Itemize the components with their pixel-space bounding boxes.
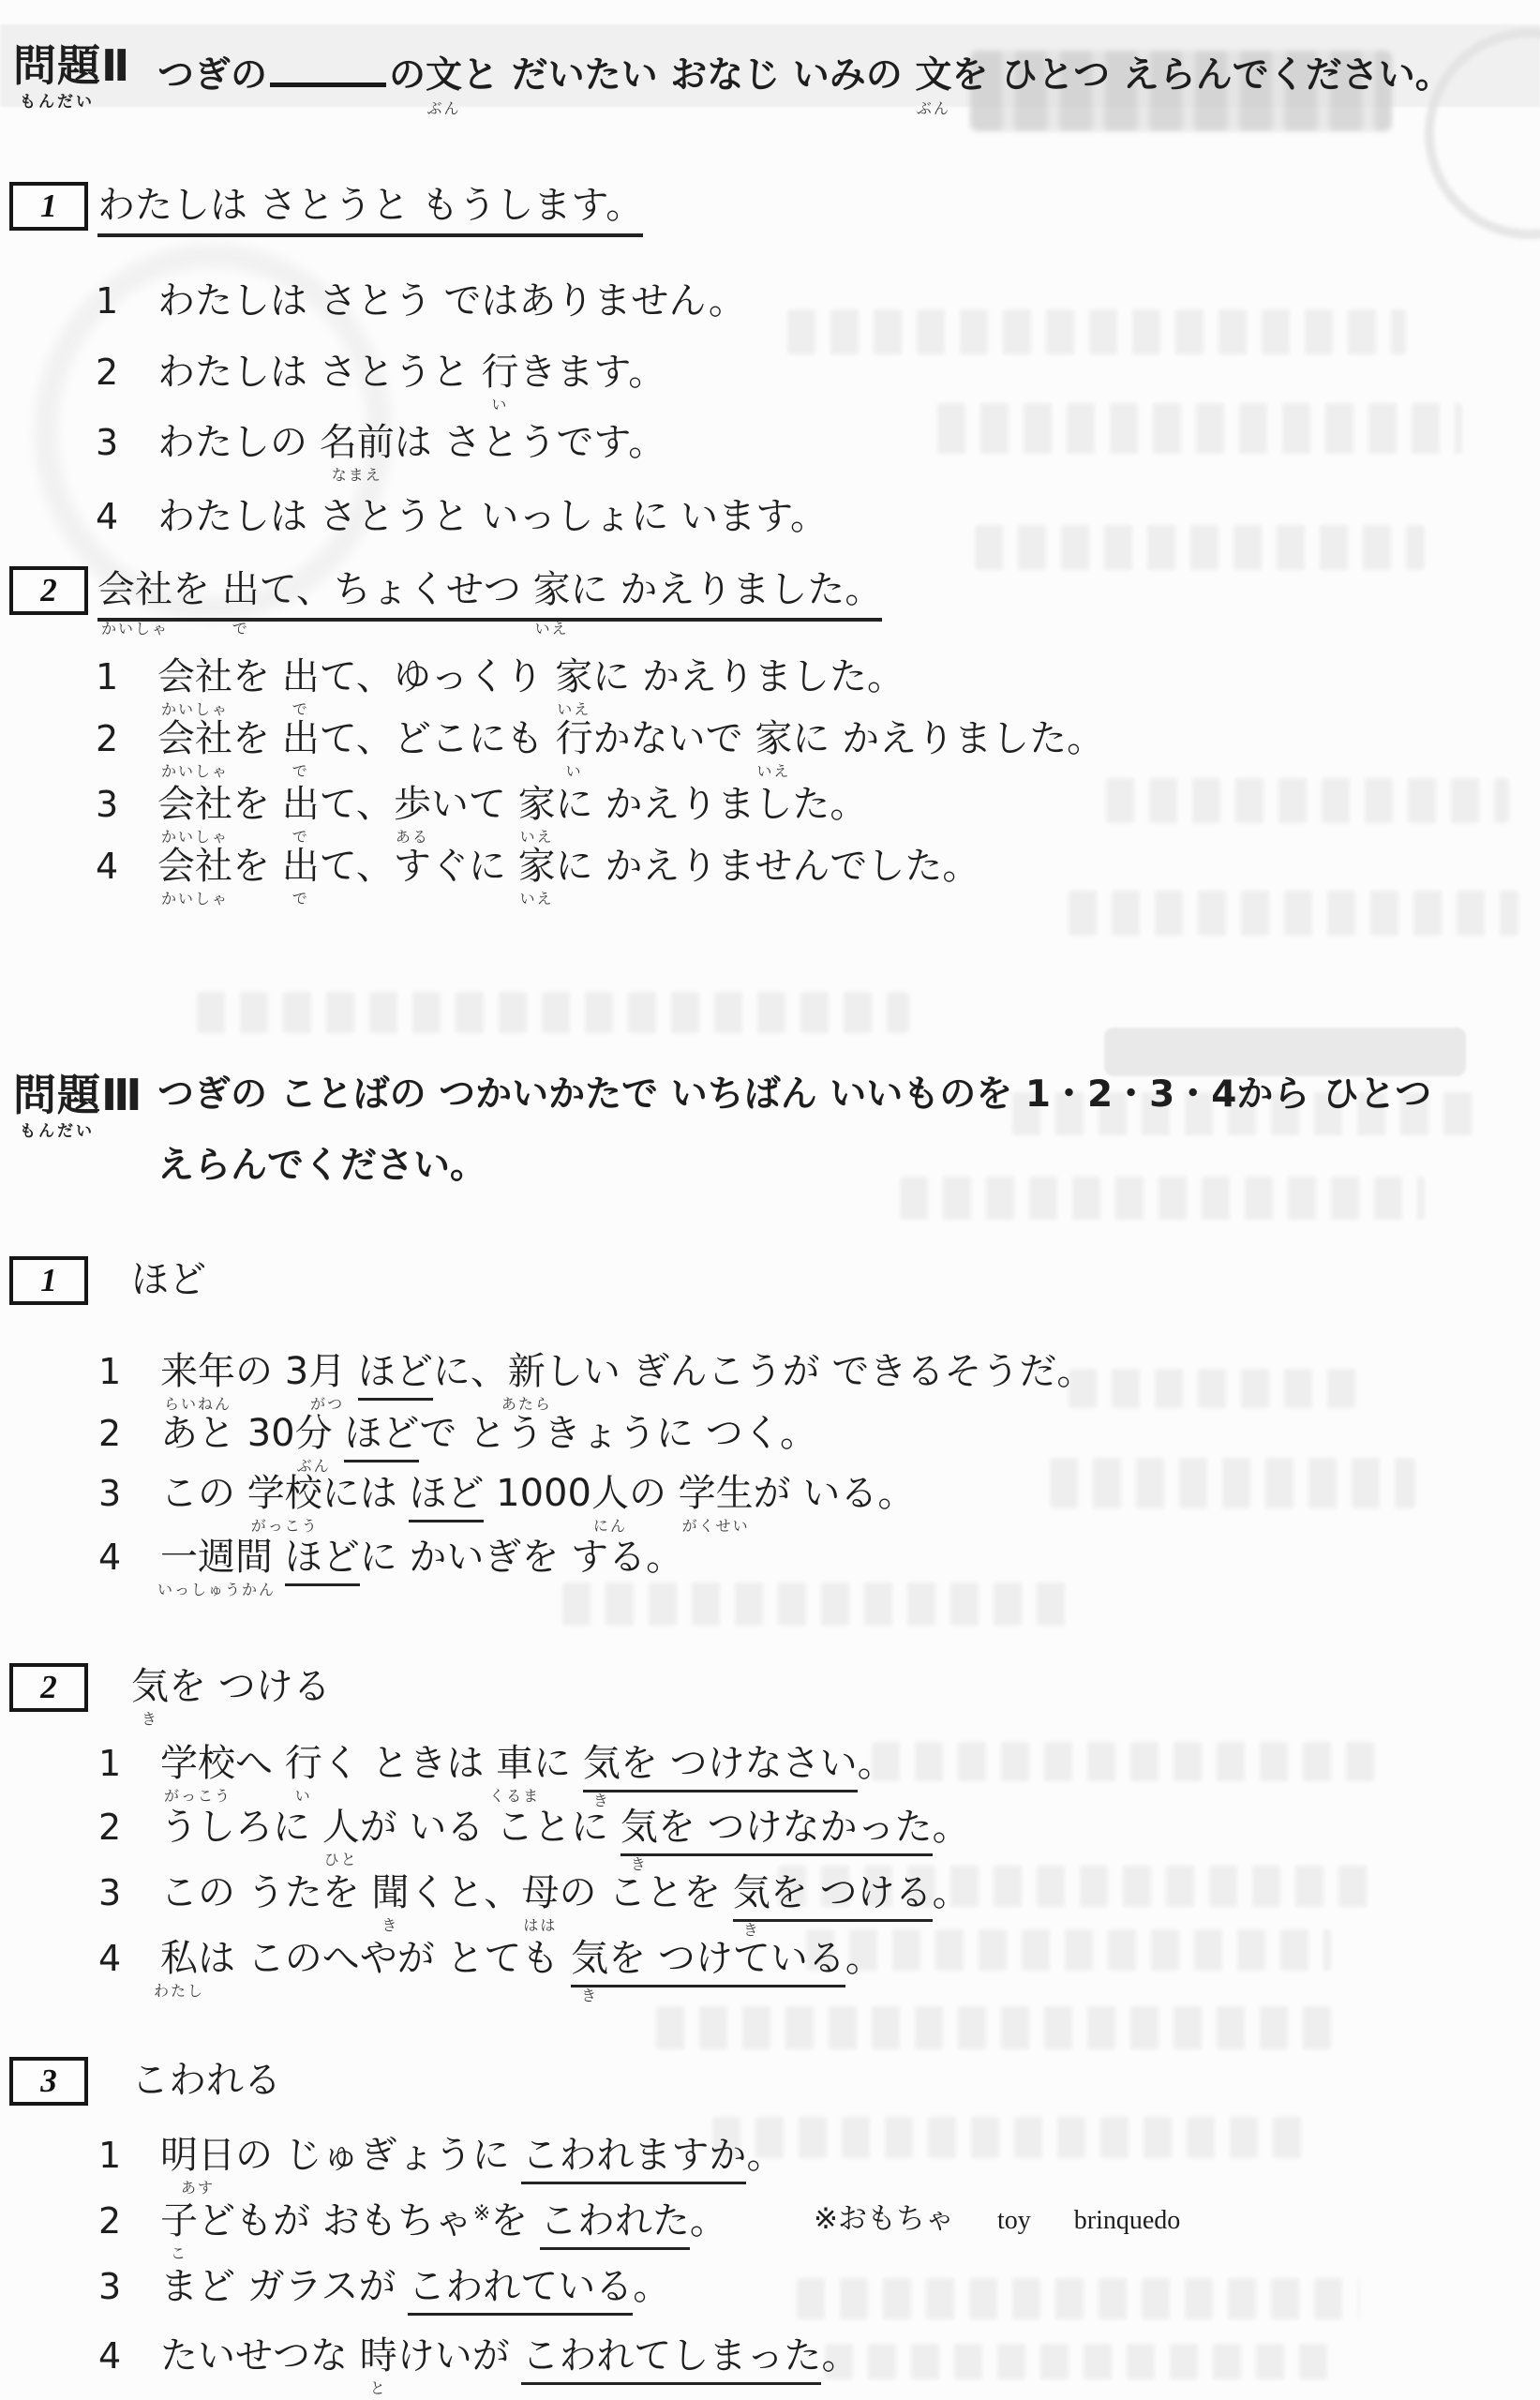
problem2-label: 問題もんだいⅡ — [13, 41, 130, 91]
option-text: 一週間いっしゅうかん ほどに かいぎを する。 — [160, 1536, 683, 1579]
option-text: うしろに 人ひとが いる ことに 気きを つけなかった。 — [160, 1806, 970, 1849]
option-row: 2わたしは さとうと 行いきます。 — [96, 351, 665, 394]
option-row: 3まど ガラスが こわれている。 — [98, 2265, 670, 2316]
bleedthrough-text — [1069, 1369, 1359, 1408]
bleedthrough-text — [562, 1582, 1069, 1626]
bleedthrough-text — [797, 2278, 1359, 2319]
option-text: 学校がっこうへ 行いく ときは 車くるまに 気きを つけなさい。 — [160, 1742, 895, 1785]
question-stem: ほど — [131, 1258, 206, 1301]
option-text: あと 30分ぶん ほどで とうきょうに つく。 — [160, 1412, 817, 1455]
option-row: 2子こどもが おもちゃ※を こわれた。 — [98, 2199, 727, 2250]
option-number: 3 — [98, 2267, 160, 2308]
option-number: 4 — [96, 497, 157, 538]
question-stem: こわれる — [131, 2059, 281, 2102]
bleedthrough-text — [1106, 778, 1509, 823]
option-number: 1 — [98, 1352, 160, 1393]
option-number: 2 — [96, 719, 157, 760]
option-text: わたしは さとうと 行いきます。 — [157, 351, 665, 394]
option-row: 3この うたを 聞きくと、母ははの ことを 気きを つける。 — [98, 1871, 970, 1922]
option-row: 2うしろに 人ひとが いる ことに 気きを つけなかった。 — [98, 1806, 970, 1856]
bleedthrough-text — [197, 992, 909, 1033]
option-row: 1学校がっこうへ 行いく ときは 車くるまに 気きを つけなさい。 — [98, 1742, 895, 1792]
bleedthrough-text — [825, 2344, 1331, 2379]
option-number: 4 — [98, 2336, 160, 2377]
question-stem: 会社かいしゃを 出でて、ちょくせつ 家いえに かえりました。 — [97, 568, 882, 622]
option-number: 4 — [96, 847, 157, 888]
option-text: たいせつな 時とけいが こわれてしまった。 — [160, 2334, 859, 2377]
option-number: 3 — [98, 1474, 160, 1515]
worksheet-page: 問題もんだいⅡ つぎのの文ぶんと だいたい おなじ いみの 文ぶんを ひとつ え… — [0, 0, 1540, 2400]
question-stem: 気きを つける — [131, 1665, 331, 1708]
option-text: 私わたしは このへやが とても 気きを つけている。 — [160, 1937, 883, 1980]
option-text: この うたを 聞きくと、母ははの ことを 気きを つける。 — [160, 1871, 970, 1914]
problem3-instruction-line2: えらんでください。 — [157, 1146, 486, 1188]
option-text: 会社かいしゃを 出でて、すぐに 家いえに かえりませんでした。 — [157, 845, 979, 888]
option-text: まど ガラスが こわれている。 — [160, 2265, 670, 2308]
question-number-box: 1 — [9, 1256, 88, 1305]
bleedthrough-text — [1069, 891, 1518, 936]
problem2-instruction: つぎのの文ぶんと だいたい おなじ いみの 文ぶんを ひとつ えらんでください。 — [157, 43, 1452, 97]
bleedthrough-text — [900, 1177, 1425, 1220]
option-text: 会社かいしゃを 出でて、どこにも 行いかないで 家いえに かえりました。 — [157, 717, 1104, 760]
option-row: 3この 学校がっこうには ほど 1000人にんの 学生がくせいが いる。 — [98, 1472, 915, 1522]
option-number: 2 — [98, 1807, 160, 1849]
option-row: 3わたしの 名前なまえは さとうです。 — [96, 421, 665, 464]
option-text: 会社かいしゃを 出でて、歩あるいて 家いえに かえりました。 — [157, 783, 867, 826]
option-number: 1 — [96, 657, 157, 698]
option-number: 2 — [98, 1414, 160, 1455]
option-number: 4 — [98, 1537, 160, 1579]
question-number-box: 3 — [9, 2057, 88, 2106]
option-number: 3 — [96, 423, 157, 464]
question-stem: わたしは さとうと もうします。 — [97, 184, 643, 237]
option-row: 2会社かいしゃを 出でて、どこにも 行いかないで 家いえに かえりました。 — [96, 717, 1104, 760]
option-text: この 学校がっこうには ほど 1000人にんの 学生がくせいが いる。 — [160, 1472, 915, 1515]
bleedthrough-text — [806, 1929, 1331, 1971]
option-row: 3会社かいしゃを 出でて、歩あるいて 家いえに かえりました。 — [96, 783, 867, 826]
option-row: 4わたしは さとうと いっしょに います。 — [96, 495, 828, 538]
option-text: 来年らいねんの 3月がつ ほどに、新あたらしい ぎんこうが できるそうだ。 — [160, 1350, 1094, 1393]
option-text: わたしは さとうと いっしょに います。 — [157, 495, 828, 538]
option-number: 4 — [98, 1939, 160, 1980]
question-number-box: 1 — [9, 182, 88, 231]
bleedthrough-text — [787, 309, 1406, 354]
option-text: わたしの 名前なまえは さとうです。 — [157, 421, 665, 464]
problem3-label: 問題もんだいⅢ — [13, 1071, 142, 1120]
option-text: わたしは さとう ではありません。 — [157, 279, 746, 322]
option-row: 4会社かいしゃを 出でて、すぐに 家いえに かえりませんでした。 — [96, 845, 979, 888]
option-text: 子こどもが おもちゃ※を こわれた。 — [160, 2199, 727, 2242]
option-number: 1 — [98, 1744, 160, 1785]
option-number: 3 — [96, 785, 157, 826]
option-text: 明日あすの じゅぎょうに こわれますか。 — [160, 2134, 784, 2177]
option-number: 1 — [98, 2136, 160, 2177]
problem3-instruction-line1: つぎの ことばの つかいかたで いちばん いいものを 1・2・3・4から ひとつ — [157, 1074, 1431, 1117]
question-number-box: 2 — [9, 1663, 88, 1712]
bleedthrough-text — [872, 1742, 1378, 1781]
question-number-box: 2 — [9, 566, 88, 615]
bleedthrough-text — [1050, 1458, 1415, 1508]
option-number: 2 — [98, 2201, 160, 2242]
option-number: 2 — [96, 352, 157, 394]
bleedthrough-text — [937, 403, 1462, 454]
option-number: 1 — [96, 281, 157, 322]
option-text: 会社かいしゃを 出でて、ゆっくり 家いえに かえりました。 — [157, 655, 905, 698]
bleedthrough-pill — [1104, 1027, 1466, 1076]
option-row: 4たいせつな 時とけいが こわれてしまった。 — [98, 2334, 859, 2385]
option-number: 3 — [98, 1873, 160, 1914]
option-row: 1明日あすの じゅぎょうに こわれますか。 — [98, 2134, 784, 2184]
option-row: 1わたしは さとう ではありません。 — [96, 279, 746, 322]
option-row: 4私わたしは このへやが とても 気きを つけている。 — [98, 1937, 883, 1987]
option-row: 1来年らいねんの 3月がつ ほどに、新あたらしい ぎんこうが できるそうだ。 — [98, 1350, 1094, 1401]
footnote-omocha: ※おもちゃtoybrinquedo — [814, 2203, 1180, 2237]
bleedthrough-text — [656, 2006, 1331, 2049]
option-row: 1会社かいしゃを 出でて、ゆっくり 家いえに かえりました。 — [96, 655, 905, 698]
option-row: 4一週間いっしゅうかん ほどに かいぎを する。 — [98, 1536, 683, 1586]
bleedthrough-text — [712, 2117, 1312, 2158]
bleedthrough-text — [975, 525, 1425, 570]
option-row: 2あと 30分ぶん ほどで とうきょうに つく。 — [98, 1412, 817, 1462]
